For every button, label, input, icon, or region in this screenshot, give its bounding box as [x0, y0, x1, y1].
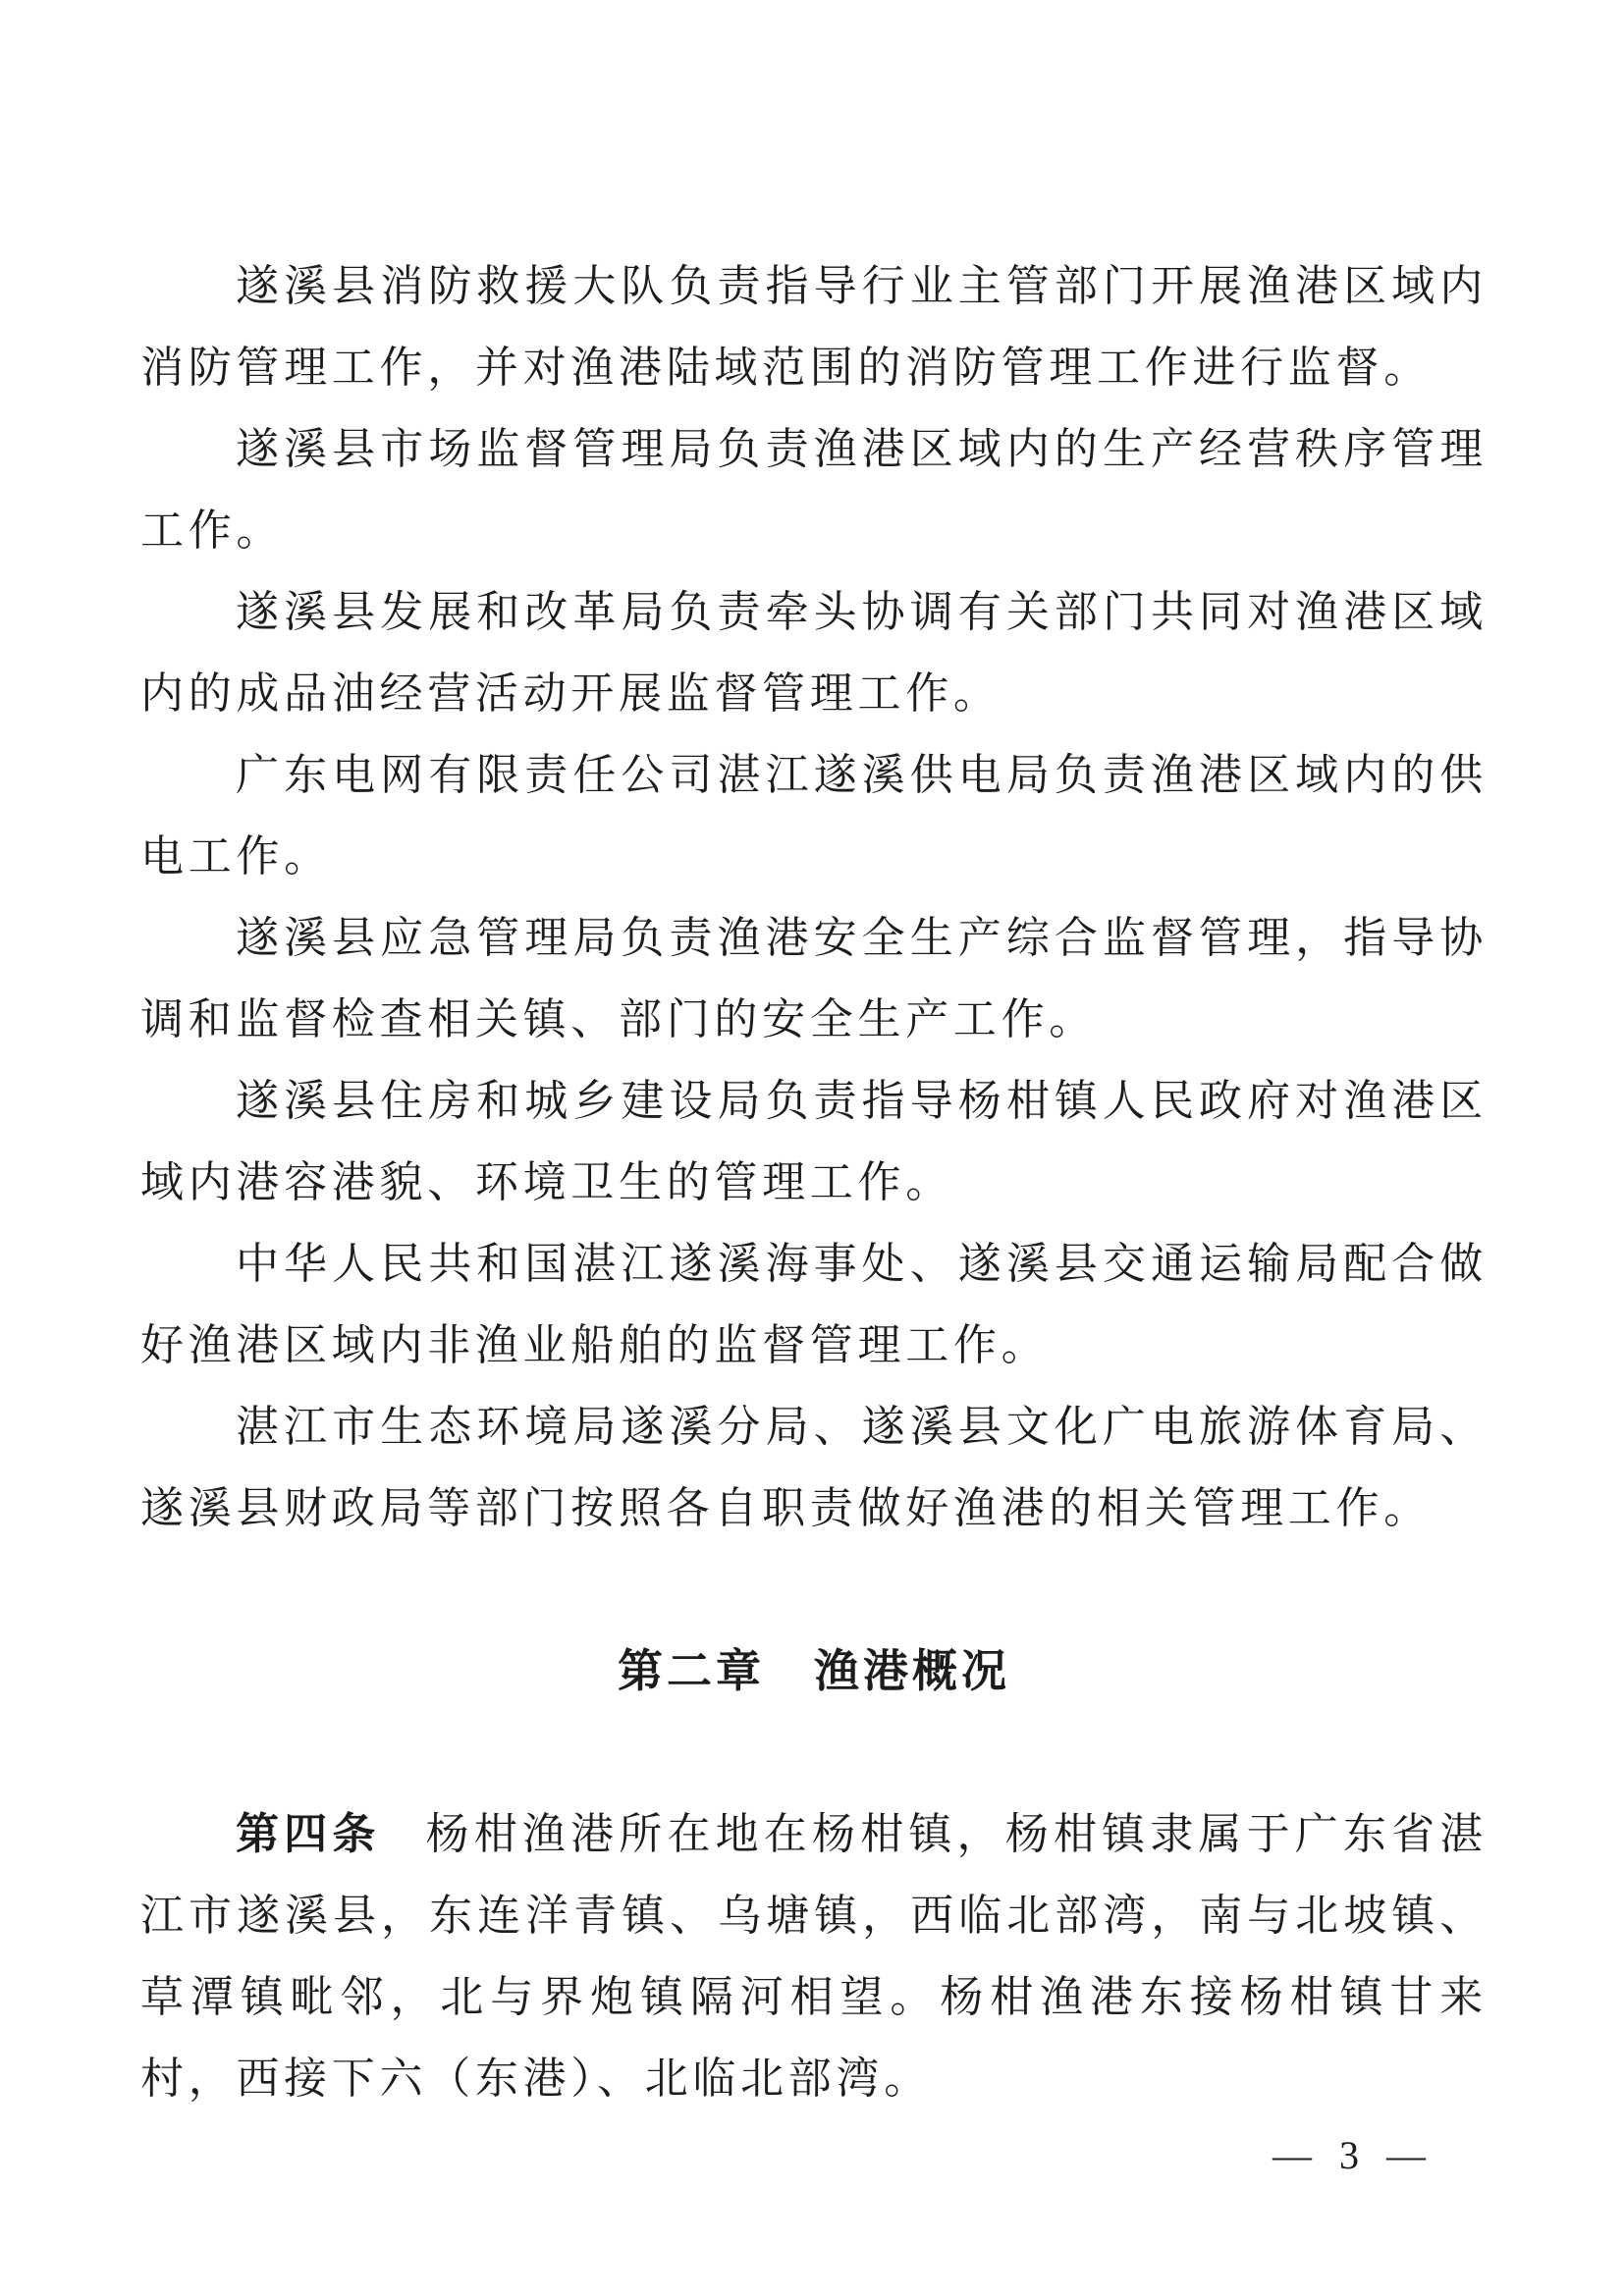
document-page: 遂溪县消防救援大队负责指导行业主管部门开展渔港区域内消防管理工作，并对渔港陆域范… — [0, 0, 1624, 2296]
body-paragraph: 遂溪县住房和城乡建设局负责指导杨柑镇人民政府对渔港区域内港容港貌、环境卫生的管理… — [140, 1060, 1488, 1223]
body-paragraph: 中华人民共和国湛江遂溪海事处、遂溪县交通运输局配合做好渔港区域内非渔业船舶的监督… — [140, 1223, 1488, 1386]
chapter-heading: 第二章 渔港概况 — [140, 1630, 1488, 1712]
page-number: — 3 — — [1272, 2132, 1428, 2178]
body-paragraph: 广东电网有限责任公司湛江遂溪供电局负责渔港区域内的供电工作。 — [140, 734, 1488, 897]
article-number: 第四条 — [236, 1810, 381, 1858]
article-paragraph: 第四条杨柑渔港所在地在杨柑镇，杨柑镇隶属于广东省湛江市遂溪县，东连洋青镇、乌塘镇… — [140, 1793, 1488, 2119]
body-paragraph: 遂溪县发展和改革局负责牵头协调有关部门共同对渔港区域内的成品油经营活动开展监督管… — [140, 571, 1488, 734]
body-paragraph: 遂溪县应急管理局负责渔港安全生产综合监督管理，指导协调和监督检查相关镇、部门的安… — [140, 897, 1488, 1060]
body-paragraph: 遂溪县消防救援大队负责指导行业主管部门开展渔港区域内消防管理工作，并对渔港陆域范… — [140, 245, 1488, 408]
document-body: 遂溪县消防救援大队负责指导行业主管部门开展渔港区域内消防管理工作，并对渔港陆域范… — [140, 245, 1488, 2119]
body-paragraph: 湛江市生态环境局遂溪分局、遂溪县文化广电旅游体育局、遂溪县财政局等部门按照各自职… — [140, 1386, 1488, 1549]
body-paragraph: 遂溪县市场监督管理局负责渔港区域内的生产经营秩序管理工作。 — [140, 408, 1488, 571]
